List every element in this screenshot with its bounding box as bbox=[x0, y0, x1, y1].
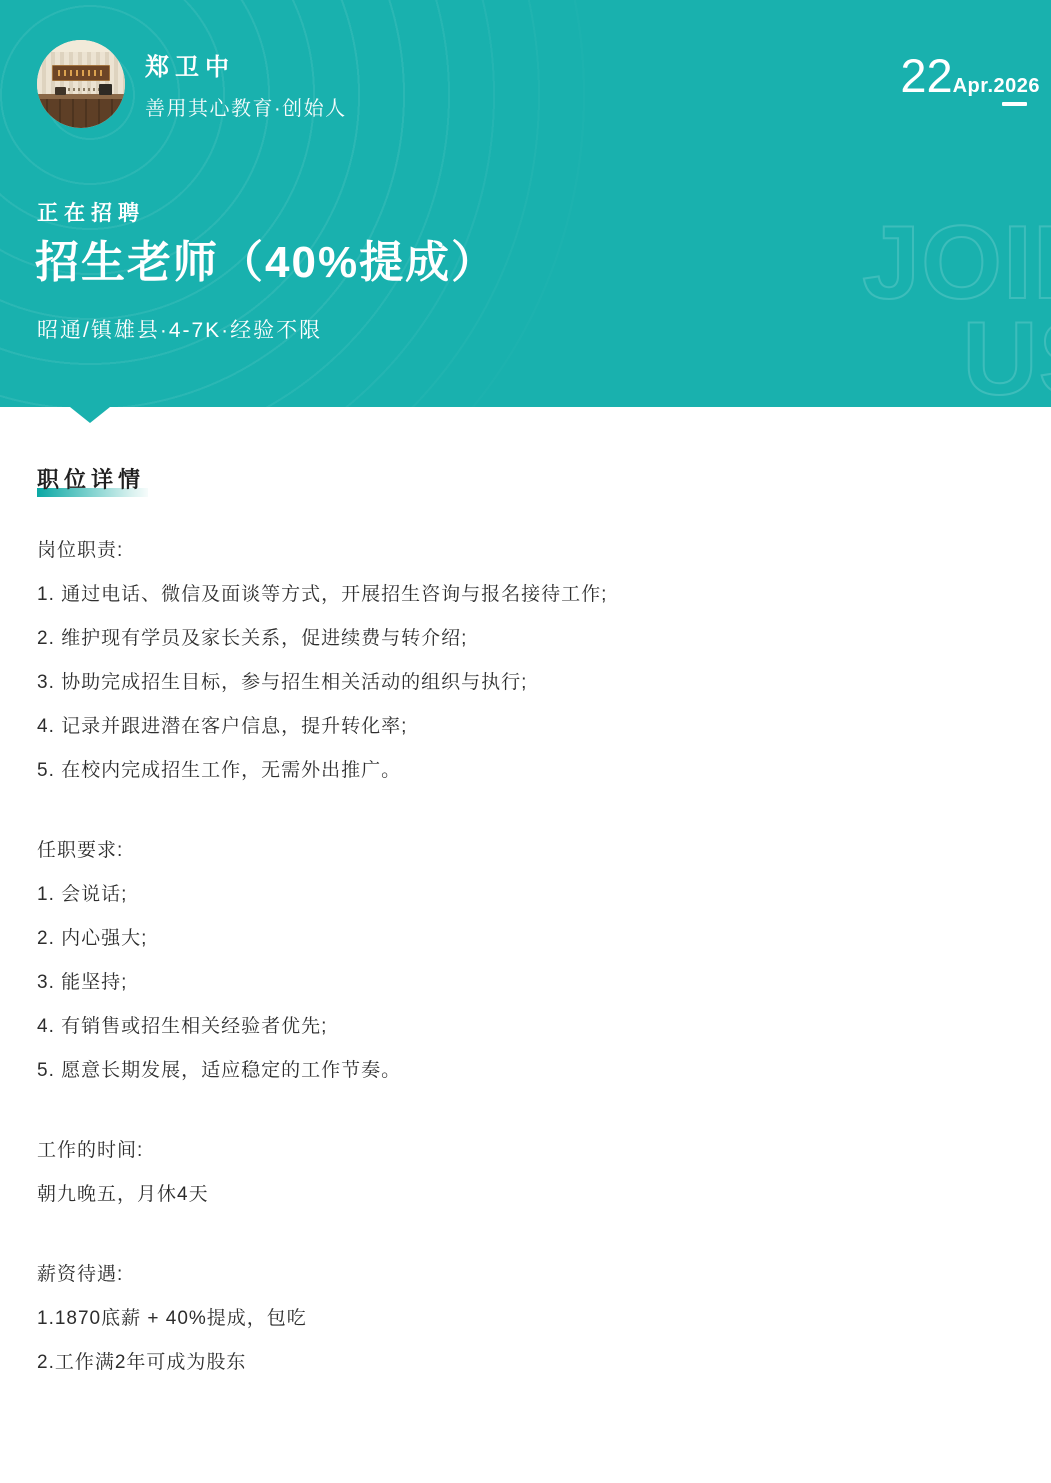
job-details: 职位详情 岗位职责: 1. 通过电话、微信及面谈等方式，开展招生咨询与报名接待工… bbox=[0, 407, 1051, 1385]
requirement-line: 5. 愿意长期发展，适应稳定的工作节奏。 bbox=[37, 1049, 1014, 1093]
recruiter-name: 郑卫中 bbox=[145, 47, 347, 82]
job-title: 招生老师（40%提成） bbox=[35, 237, 497, 290]
responsibility-line: 3. 协助完成招生目标，参与招生相关活动的组织与执行; bbox=[37, 661, 1014, 705]
date-day: 22 bbox=[900, 52, 952, 99]
recruiter-info: 郑卫中 善用其心教育·创始人 bbox=[145, 47, 347, 121]
working-hours-line: 朝九晚五，月休4天 bbox=[37, 1173, 1014, 1217]
date-text: 22Apr.2026 bbox=[900, 52, 1040, 99]
details-title-text: 职位详情 bbox=[37, 467, 145, 492]
requirement-line: 1. 会说话; bbox=[37, 873, 1014, 917]
responsibility-line: 4. 记录并跟进潜在客户信息，提升转化率; bbox=[37, 705, 1014, 749]
join-us-watermark: JOIN US bbox=[862, 216, 1051, 407]
section-responsibilities: 岗位职责: 1. 通过电话、微信及面谈等方式，开展招生咨询与报名接待工作; 2.… bbox=[37, 529, 1014, 793]
salary-line: 1.1870底薪 + 40%提成，包吃 bbox=[37, 1297, 1014, 1341]
responsibility-line: 2. 维护现有学员及家长关系，促进续费与转介绍; bbox=[37, 617, 1014, 661]
recruiter-avatar[interactable] bbox=[37, 40, 125, 128]
avatar-photo-desk-item-right bbox=[99, 84, 112, 95]
section-requirements: 任职要求: 1. 会说话; 2. 内心强大; 3. 能坚持; 4. 有销售或招生… bbox=[37, 829, 1014, 1093]
requirement-line: 4. 有销售或招生相关经验者优先; bbox=[37, 1005, 1014, 1049]
responsibility-line: 1. 通过电话、微信及面谈等方式，开展招生咨询与报名接待工作; bbox=[37, 573, 1014, 617]
requirement-line: 3. 能坚持; bbox=[37, 961, 1014, 1005]
recruiter-card: 郑卫中 善用其心教育·创始人 bbox=[37, 40, 347, 128]
hiring-status-label: 正在招聘 bbox=[37, 197, 145, 227]
requirement-line: 2. 内心强大; bbox=[37, 917, 1014, 961]
date-underline bbox=[1002, 102, 1027, 106]
watermark-line-join: JOIN bbox=[862, 216, 1051, 312]
section-working-hours: 工作的时间: 朝九晚五，月休4天 bbox=[37, 1129, 1014, 1217]
job-header: JOIN US 郑卫中 善用其心教育·创始人 22Apr.2026 正 bbox=[0, 0, 1051, 407]
job-posting-page: JOIN US 郑卫中 善用其心教育·创始人 22Apr.2026 正 bbox=[0, 0, 1051, 1483]
salary-line: 2.工作满2年可成为股东 bbox=[37, 1341, 1014, 1385]
date-badge: 22Apr.2026 bbox=[900, 52, 1040, 106]
recruiter-company-role: 善用其心教育·创始人 bbox=[145, 92, 347, 121]
avatar-photo-desk bbox=[37, 94, 125, 128]
avatar-photo-sign bbox=[52, 65, 110, 81]
section-heading: 薪资待遇: bbox=[37, 1253, 1014, 1297]
responsibility-line: 5. 在校内完成招生工作，无需外出推广。 bbox=[37, 749, 1014, 793]
section-heading: 岗位职责: bbox=[37, 529, 1014, 573]
details-section-title: 职位详情 bbox=[37, 463, 145, 494]
header-pointer-triangle bbox=[70, 407, 110, 423]
section-heading: 任职要求: bbox=[37, 829, 1014, 873]
avatar-photo-desk-item-left bbox=[55, 87, 66, 95]
section-salary: 薪资待遇: 1.1870底薪 + 40%提成，包吃 2.工作满2年可成为股东 bbox=[37, 1253, 1014, 1385]
watermark-line-us: US bbox=[862, 312, 1051, 407]
job-location-salary-experience: 昭通/镇雄县·4-7K·经验不限 bbox=[37, 314, 322, 344]
section-heading: 工作的时间: bbox=[37, 1129, 1014, 1173]
date-month-year: Apr.2026 bbox=[953, 75, 1040, 98]
